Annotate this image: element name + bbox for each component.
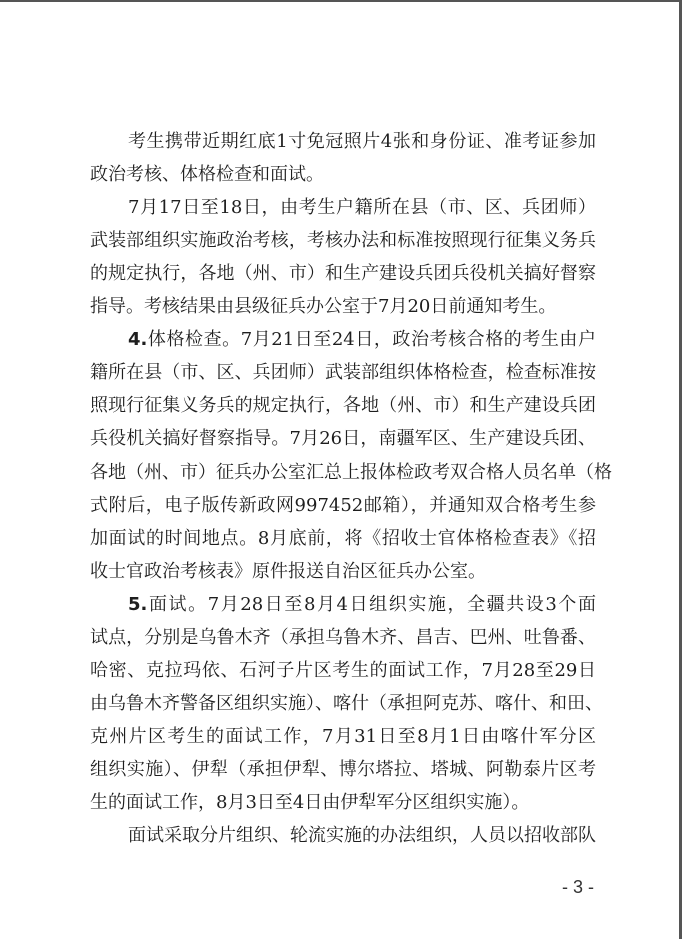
text-line: 籍所在县（市、区、兵团师）武装部组织体格检查，检查标准按 bbox=[90, 361, 596, 385]
text-line: 面试采取分片组织、轮流实施的办法组织，人员以招收部队 bbox=[128, 824, 596, 848]
text-line: 试点，分别是乌鲁木齐（承担乌鲁木齐、昌吉、巴州、吐鲁番、 bbox=[90, 626, 596, 650]
line-text: 体格检查。7月21日至24日，政治考核合格的考生由户 bbox=[147, 329, 596, 350]
line-text: 指导。考核结果由县级征兵办公室于7月20日前通知考生。 bbox=[90, 296, 556, 317]
document-page: 考生携带近期红底1寸免冠照片4张和身份证、准考证参加政治考核、体格检查和面试。7… bbox=[0, 0, 682, 939]
line-text: 克州片区考生的面试工作，7月31日至8月1日由喀什军分区 bbox=[90, 726, 596, 747]
text-line: 组织实施）、伊犁（承担伊犁、博尔塔拉、塔城、阿勒泰片区考 bbox=[90, 758, 596, 782]
text-line: 克州片区考生的面试工作，7月31日至8月1日由喀什军分区 bbox=[90, 725, 596, 749]
section-number: 5. bbox=[128, 594, 147, 615]
text-line: 4.体格检查。7月21日至24日，政治考核合格的考生由户 bbox=[128, 328, 596, 352]
text-line: 指导。考核结果由县级征兵办公室于7月20日前通知考生。 bbox=[90, 295, 596, 319]
text-line: 7月17日至18日，由考生户籍所在县（市、区、兵团师） bbox=[128, 196, 596, 220]
section-number: 4. bbox=[128, 329, 147, 350]
text-line: 照现行征集义务兵的规定执行，各地（州、市）和生产建设兵团 bbox=[90, 394, 596, 418]
line-text: 政治考核、体格检查和面试。 bbox=[90, 164, 324, 185]
text-line: 5.面试。7月28日至8月4日组织实施，全疆共设3个面 bbox=[128, 593, 596, 617]
text-line: 兵役机关搞好督察指导。7月26日，南疆军区、生产建设兵团、 bbox=[90, 427, 596, 451]
line-text: 生的面试工作，8月3日至4日由伊犁军分区组织实施）。 bbox=[90, 792, 529, 813]
text-line: 考生携带近期红底1寸免冠照片4张和身份证、准考证参加 bbox=[128, 130, 596, 154]
line-text: 哈密、克拉玛依、石河子片区考生的面试工作，7月28至29日 bbox=[90, 660, 596, 681]
line-text: 组织实施）、伊犁（承担伊犁、博尔塔拉、塔城、阿勒泰片区考 bbox=[90, 759, 596, 780]
line-text: 兵役机关搞好督察指导。7月26日，南疆军区、生产建设兵团、 bbox=[90, 428, 596, 449]
line-text: 照现行征集义务兵的规定执行，各地（州、市）和生产建设兵团 bbox=[90, 395, 596, 416]
text-line: 的规定执行，各地（州、市）和生产建设兵团兵役机关搞好督察 bbox=[90, 262, 596, 286]
text-line: 政治考核、体格检查和面试。 bbox=[90, 163, 596, 187]
line-text: 考生携带近期红底1寸免冠照片4张和身份证、准考证参加 bbox=[128, 131, 596, 152]
line-text: 试点，分别是乌鲁木齐（承担乌鲁木齐、昌吉、巴州、吐鲁番、 bbox=[90, 627, 596, 648]
text-line: 加面试的时间地点。8月底前，将《招收士官体格检查表》《招 bbox=[90, 527, 596, 551]
text-line: 武装部组织实施政治考核，考核办法和标准按照现行征集义务兵 bbox=[90, 229, 596, 253]
text-line: 哈密、克拉玛依、石河子片区考生的面试工作，7月28至29日 bbox=[90, 659, 596, 683]
line-text: 面试。7月28日至8月4日组织实施，全疆共设3个面 bbox=[147, 594, 596, 615]
line-text: 面试采取分片组织、轮流实施的办法组织，人员以招收部队 bbox=[128, 825, 596, 846]
line-text: 由乌鲁木齐警备区组织实施）、喀什（承担阿克苏、喀什、和田、 bbox=[90, 693, 603, 714]
line-text: 武装部组织实施政治考核，考核办法和标准按照现行征集义务兵 bbox=[90, 230, 596, 251]
line-text: 籍所在县（市、区、兵团师）武装部组织体格检查，检查标准按 bbox=[90, 362, 596, 383]
line-text: 各地（州、市）征兵办公室汇总上报体检政考双合格人员名单（格 bbox=[90, 462, 612, 483]
text-line: 收士官政治考核表》原件报送自治区征兵办公室。 bbox=[90, 560, 596, 584]
text-line: 各地（州、市）征兵办公室汇总上报体检政考双合格人员名单（格 bbox=[90, 461, 596, 485]
line-text: 加面试的时间地点。8月底前，将《招收士官体格检查表》《招 bbox=[90, 528, 596, 549]
text-line: 生的面试工作，8月3日至4日由伊犁军分区组织实施）。 bbox=[90, 791, 596, 815]
line-text: 7月17日至18日，由考生户籍所在县（市、区、兵团师） bbox=[128, 197, 596, 218]
line-text: 式附后，电子版传新政网997452邮箱），并通知双合格考生参 bbox=[90, 495, 596, 516]
line-text: 收士官政治考核表》原件报送自治区征兵办公室。 bbox=[90, 561, 486, 582]
line-text: 的规定执行，各地（州、市）和生产建设兵团兵役机关搞好督察 bbox=[90, 263, 596, 284]
text-line: 由乌鲁木齐警备区组织实施）、喀什（承担阿克苏、喀什、和田、 bbox=[90, 692, 596, 716]
text-line: 式附后，电子版传新政网997452邮箱），并通知双合格考生参 bbox=[90, 494, 596, 518]
page-number: - 3 - bbox=[556, 876, 600, 898]
